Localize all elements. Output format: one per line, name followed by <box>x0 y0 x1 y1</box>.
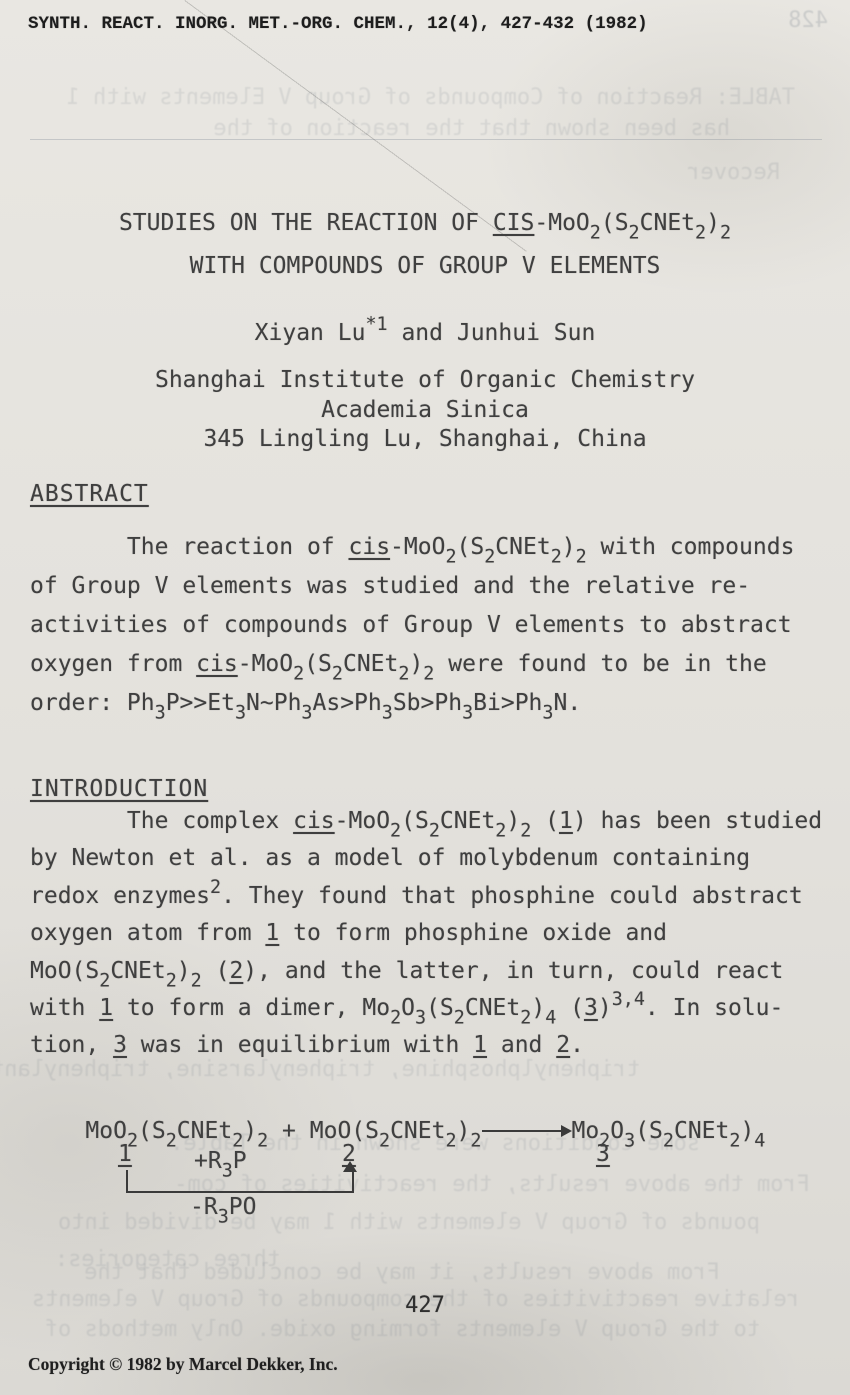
reverse-reagent-label: -R3PO <box>190 1194 256 1220</box>
authors: Xiyan Lu*1 and Junhui Sun <box>0 320 850 346</box>
introduction-line: redox enzymes2. They found that phosphin… <box>30 883 822 920</box>
introduction-line: MoO(S2CNEt2)2 (2), and the latter, in tu… <box>30 958 822 995</box>
abstract-line: of Group V elements was studied and the … <box>30 573 794 612</box>
ghost-line: From above results, it may be concluded … <box>84 1260 720 1285</box>
compound-label-3: 3 <box>596 1141 610 1167</box>
compound-label-1: 1 <box>118 1141 132 1167</box>
ghost-line: has been shown that the reaction of the <box>213 116 730 141</box>
abstract-line: order: Ph3P>>Et3N∼Ph3As>Ph3Sb>Ph3Bi>Ph3N… <box>30 690 794 729</box>
affiliation-line3: 345 Lingling Lu, Shanghai, China <box>0 426 850 452</box>
affiliation-line2: Academia Sinica <box>0 397 850 423</box>
abstract-line: oxygen from cis-MoO2(S2CNEt2)2 were foun… <box>30 651 794 690</box>
bleedthrough-rule <box>30 139 822 140</box>
abstract-heading: ABSTRACT <box>30 481 149 507</box>
scanned-journal-page: 428 TABLE: Reaction of Compounds of Grou… <box>0 0 850 1395</box>
ghost-line: pounds of Group V elements with 1 may be… <box>58 1210 760 1235</box>
abstract-line: The reaction of cis-MoO2(S2CNEt2)2 with … <box>30 534 794 573</box>
introduction-line: by Newton et al. as a model of molybdenu… <box>30 845 822 882</box>
article-title-line2: WITH COMPOUNDS OF GROUP V ELEMENTS <box>0 253 850 279</box>
copyright-notice: Copyright © 1982 by Marcel Dekker, Inc. <box>28 1354 338 1375</box>
affiliation-line1: Shanghai Institute of Organic Chemistry <box>0 367 850 393</box>
article-title-line1: STUDIES ON THE REACTION OF CIS-MoO2(S2CN… <box>0 210 850 236</box>
introduction-line: with 1 to form a dimer, Mo2O3(S2CNEt2)4 … <box>30 995 822 1032</box>
ghost-line: TABLE: Reaction of Compounds of Group V … <box>67 85 795 110</box>
ghost-line: to the Group V elements forming oxide. O… <box>45 1317 760 1342</box>
abstract-paragraph: The reaction of cis-MoO2(S2CNEt2)2 with … <box>30 534 794 729</box>
introduction-paragraph: The complex cis-MoO2(S2CNEt2)2 (1) has b… <box>30 808 822 1070</box>
ghost-line: three categories: <box>55 1247 280 1272</box>
equation-lhs: MoO2(S2CNEt2)2 + MoO(S2CNEt2)2 <box>85 1118 481 1144</box>
introduction-heading: INTRODUCTION <box>30 776 208 802</box>
page-number: 427 <box>0 1293 850 1318</box>
introduction-line: The complex cis-MoO2(S2CNEt2)2 (1) has b… <box>30 808 822 845</box>
forward-reagent-label: +R3P <box>194 1148 247 1174</box>
abstract-line: activities of compounds of Group V eleme… <box>30 612 794 651</box>
journal-header: SYNTH. REACT. INORG. MET.-ORG. CHEM., 12… <box>28 14 648 34</box>
introduction-line: oxygen atom from 1 to form phosphine oxi… <box>30 920 822 957</box>
reaction-arrow-icon <box>482 1130 570 1132</box>
introduction-line: tion, 3 was in equilibrium with 1 and 2. <box>30 1032 822 1069</box>
reaction-equation: MoO2(S2CNEt2)2 + MoO(S2CNEt2)2Mo2O3(S2CN… <box>30 1092 765 1170</box>
ghost-page-number: 428 <box>788 8 828 33</box>
ghost-line: Recover <box>687 160 780 185</box>
equilibrium-arrowhead-icon <box>343 1161 357 1172</box>
